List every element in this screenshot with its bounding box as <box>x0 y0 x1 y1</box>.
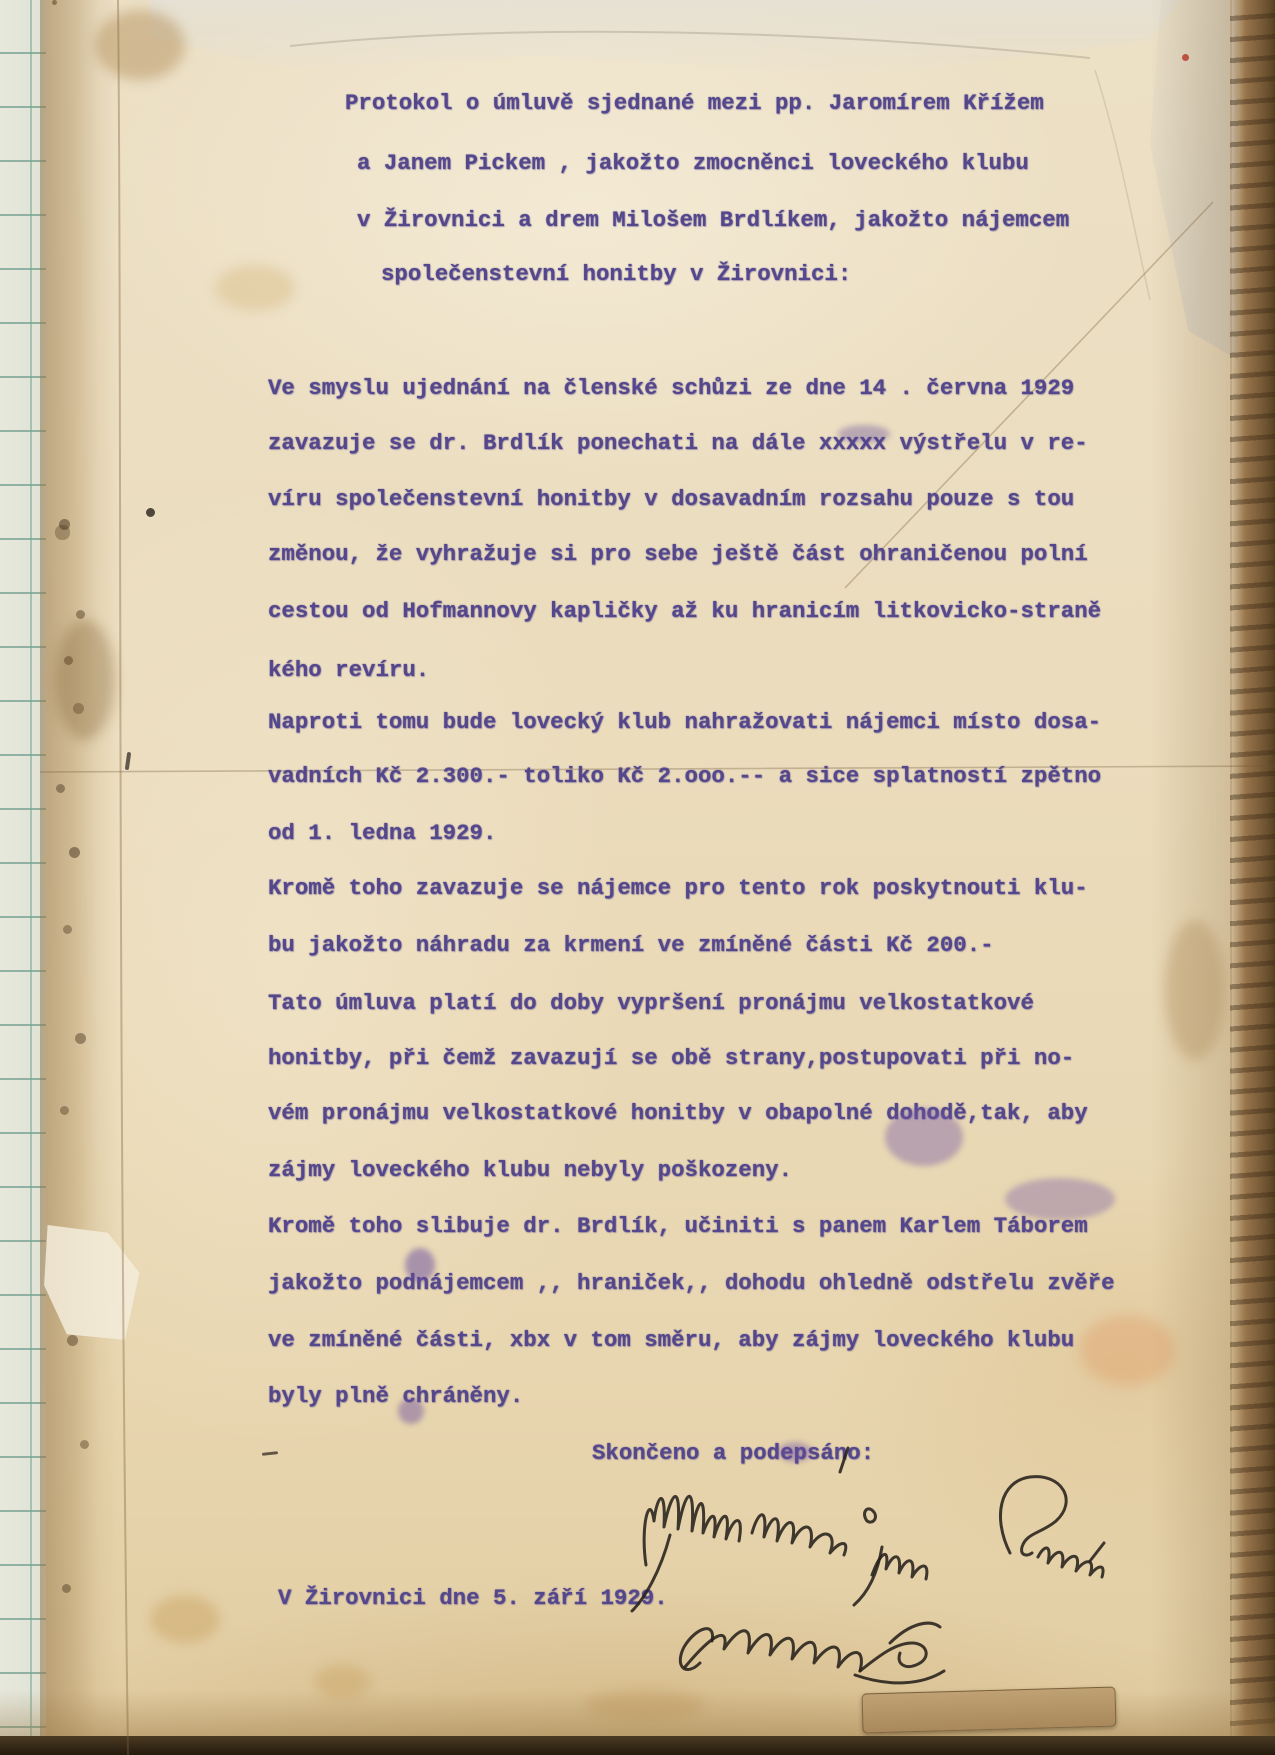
body-line: cestou od Hofmannovy kapličky až ku hran… <box>268 598 1101 624</box>
signature-picek <box>854 1477 1104 1605</box>
body-line: Naproti tomu bude lovecký klub nahražova… <box>268 709 1101 735</box>
body-line: Kromě toho zavazuje se nájemce pro tento… <box>268 875 1088 901</box>
paper-stain <box>585 1690 705 1720</box>
body-line: vém pronájmu velkostatkové honitby v oba… <box>268 1100 1088 1126</box>
body-line: bu jakožto náhradu za krmení ve zmíněné … <box>268 932 994 958</box>
top-paper-fold <box>150 0 1180 80</box>
closing-line: Skončeno a podepsáno: <box>592 1440 874 1466</box>
body-line: zavazuje se dr. Brdlík ponechati na dále… <box>268 430 1088 456</box>
paper-stain <box>1080 1315 1175 1385</box>
pen-mark-tick <box>125 752 131 770</box>
heading-line: v Žirovnici a drem Milošem Brdlíkem, jak… <box>357 207 1069 233</box>
body-line: změnou, že vyhražuje si pro sebe ještě č… <box>268 541 1088 567</box>
body-line: Tato úmluva platí do doby vypršení proná… <box>268 990 1034 1016</box>
bottom-dark-spine-bar <box>0 1736 1275 1755</box>
body-line: honitby, při čemž zavazují se obě strany… <box>268 1045 1074 1071</box>
body-line: víru společenstevní honitby v dosavadním… <box>268 486 1074 512</box>
left-page-edge-shadow <box>40 0 118 1755</box>
body-line: Ve smyslu ujednání na členské schůzi ze … <box>268 375 1074 401</box>
bottom-shading-band <box>0 1690 1275 1740</box>
pen-mark-dash <box>262 1451 278 1456</box>
right-folded-corner <box>1128 0 1238 360</box>
paper-stain <box>1165 920 1225 1060</box>
paper-stain <box>150 1595 220 1643</box>
pen-mark-dot <box>146 508 155 517</box>
signatures-group <box>590 1425 1270 1725</box>
paper-stain <box>315 1665 370 1699</box>
body-line: Kromě toho slibuje dr. Brdlík, učiniti s… <box>268 1213 1088 1239</box>
body-line: od 1. ledna 1929. <box>268 820 496 846</box>
notebook-grid-paper-edge <box>0 0 46 1755</box>
left-edge-dirt-speckles <box>52 0 57 5</box>
body-line: zájmy loveckého klubu nebyly poškozeny. <box>268 1157 792 1183</box>
signature-kriz <box>680 1623 944 1683</box>
torn-right-edge <box>1230 0 1275 1755</box>
body-line: kého revíru. <box>268 657 429 683</box>
red-speck <box>1182 54 1189 61</box>
body-line: vadních Kč 2.300.- toliko Kč 2.ooo.-- a … <box>268 763 1101 789</box>
heading-line: a Janem Pickem , jakožto zmocněnci lovec… <box>357 150 1029 176</box>
date-line: V Žirovnici dne 5. září 1929. <box>278 1585 668 1611</box>
paper-stain <box>215 265 295 311</box>
heading-line: Protokol o úmluvě sjednané mezi pp. Jaro… <box>345 90 1044 116</box>
paper-stain <box>95 10 185 80</box>
right-edge-inner-shadow <box>1150 0 1232 1755</box>
body-line: jakožto podnájemcem ,, hraniček,, dohodu… <box>268 1270 1115 1296</box>
paper-stain <box>55 620 115 740</box>
body-line: byly plně chráněny. <box>268 1383 523 1409</box>
heading-line: společenstevní honitby v Žirovnici: <box>381 261 851 287</box>
left-edge-tear-patch <box>40 1219 144 1345</box>
body-line: ve zmíněné části, xbx v tom směru, aby z… <box>268 1327 1074 1353</box>
tape-repair-patch <box>861 1686 1116 1733</box>
